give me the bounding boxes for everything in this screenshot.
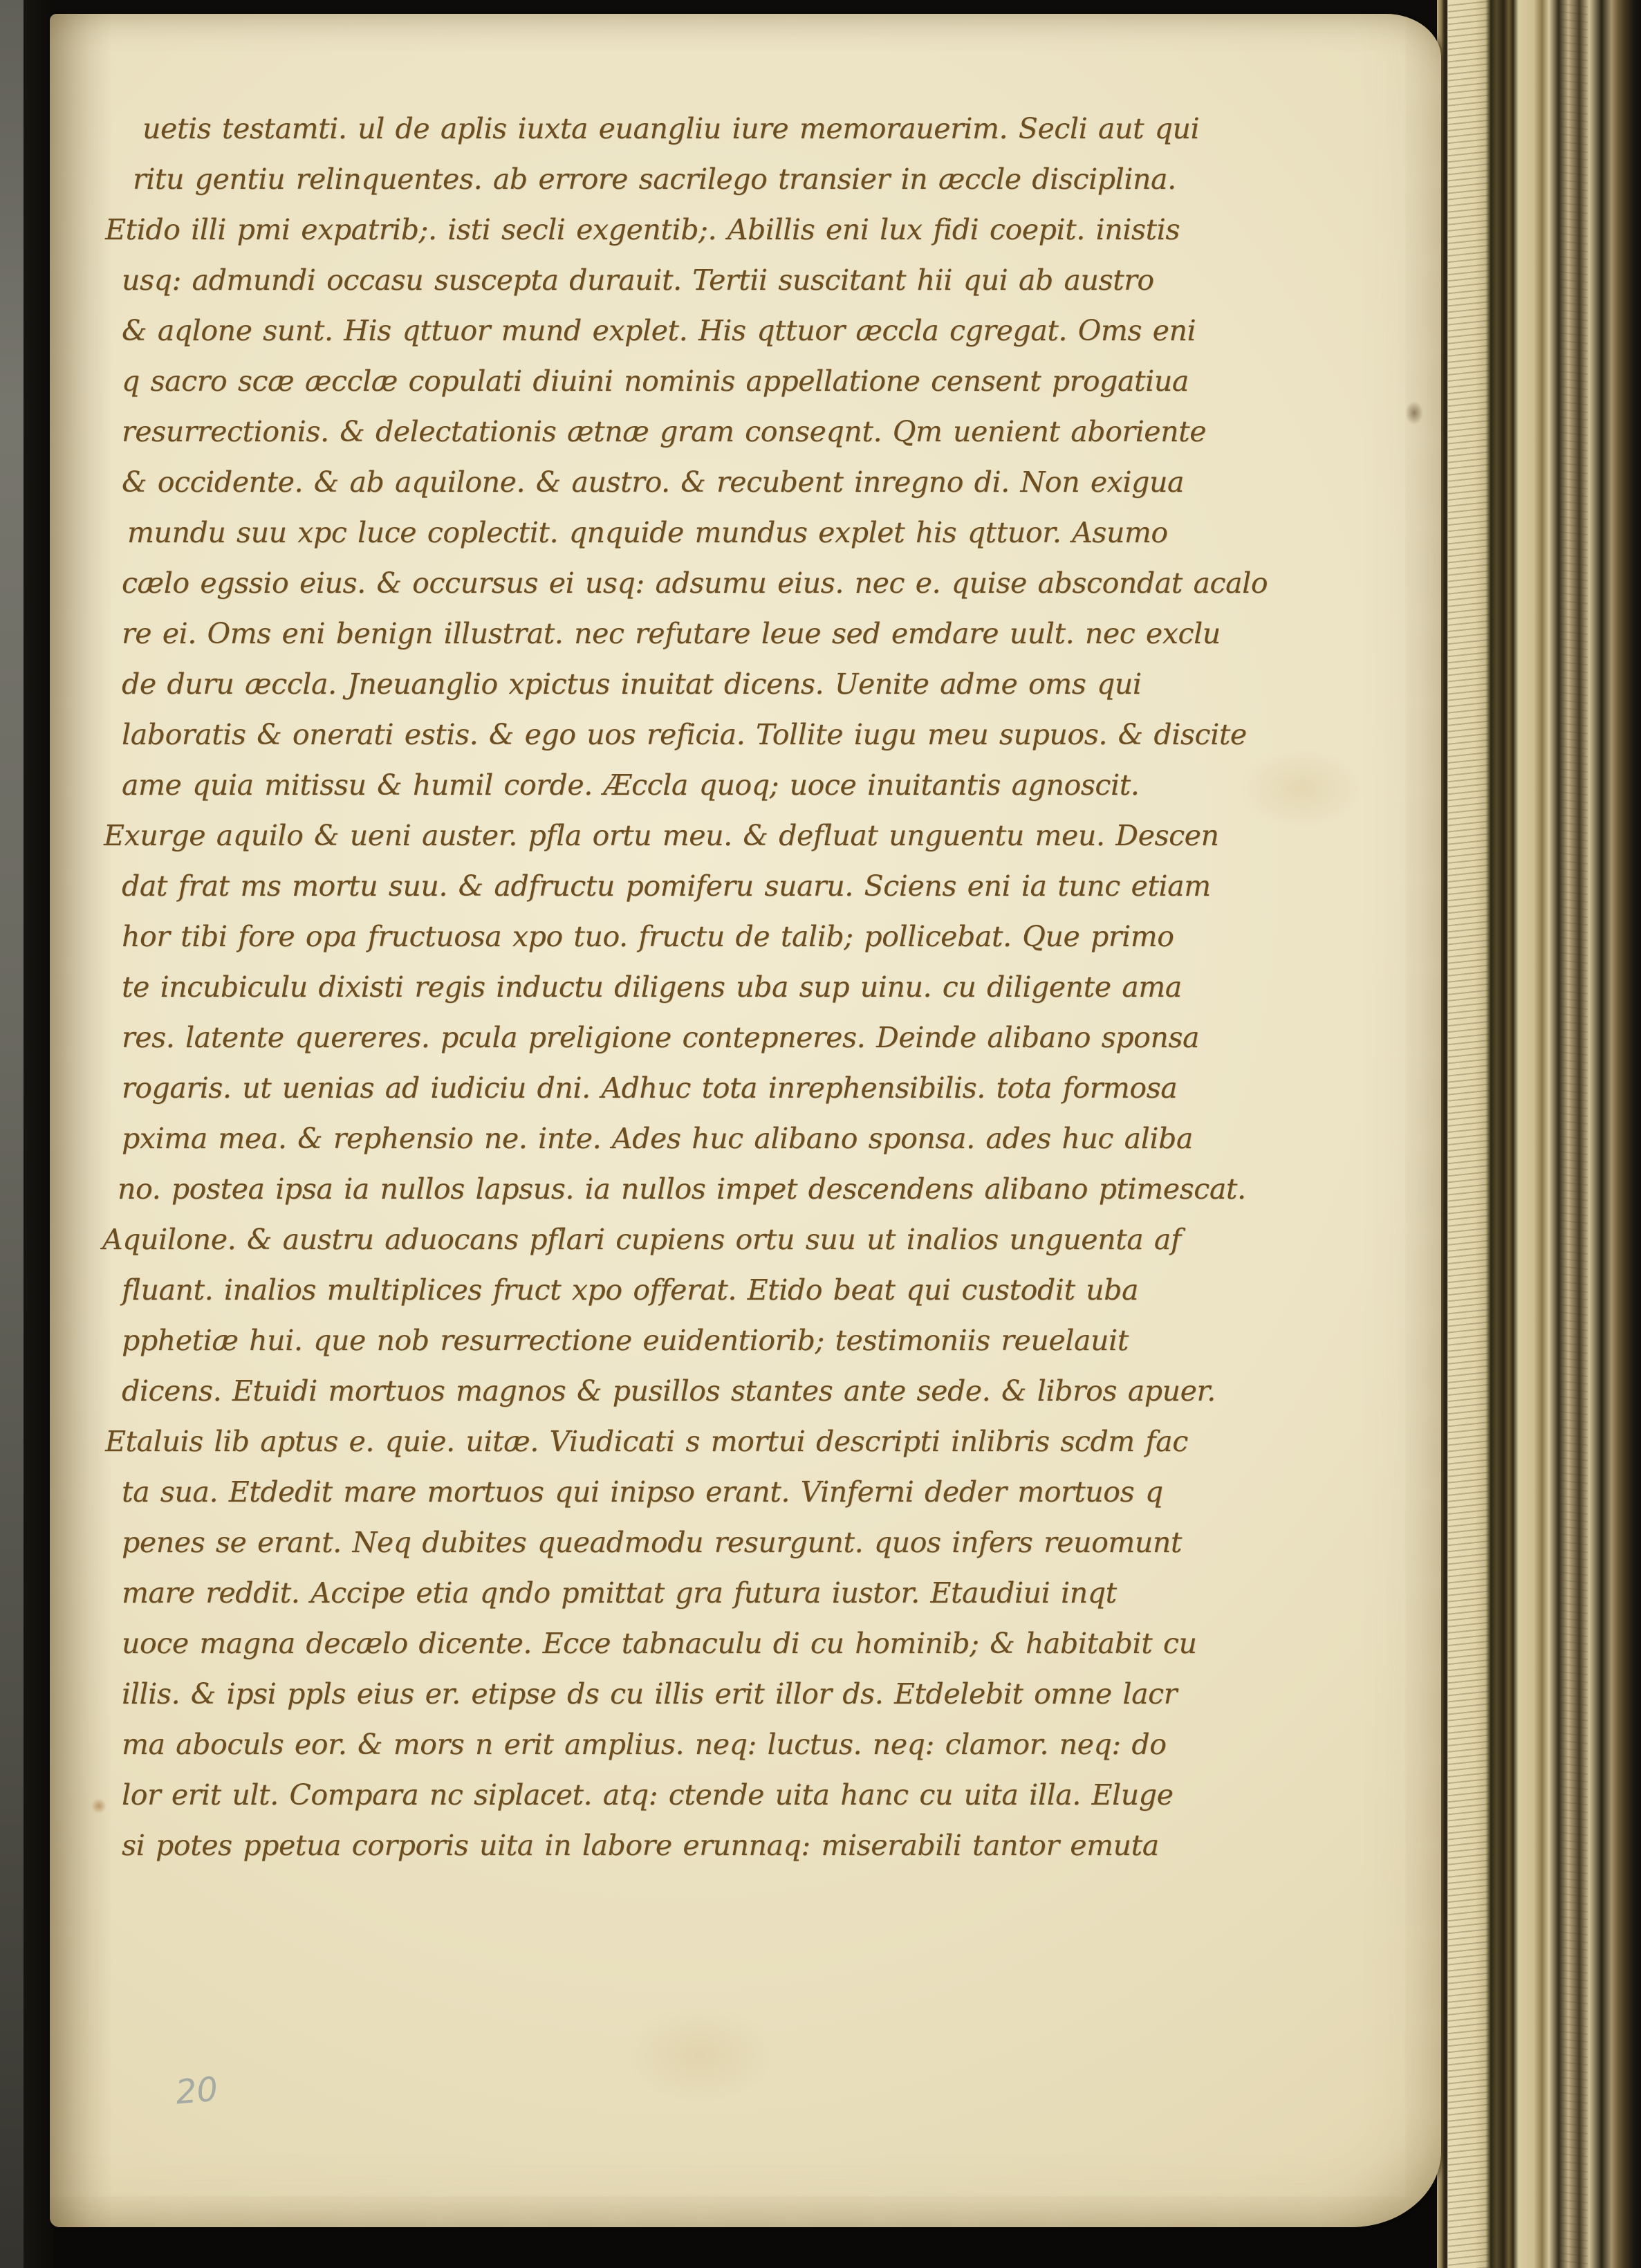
manuscript-line: resurrectionis. & delectationis ætnæ gra…: [122, 407, 1373, 457]
manuscript-line: ma aboculs eor. & mors n erit amplius. n…: [122, 1720, 1373, 1770]
fore-edge-speckle: [1448, 0, 1491, 2268]
manuscript-line: de duru æccla. Jneuanglio xpictus inuita…: [122, 659, 1373, 710]
manuscript-line: uoce magna decælo dicente. Ecce tabnacul…: [122, 1619, 1373, 1669]
manuscript-line: pxima mea. & rephensio ne. inte. Ades hu…: [122, 1114, 1373, 1164]
manuscript-line: dicens. Etuidi mortuos magnos & pusillos…: [122, 1366, 1373, 1417]
gutter-shadow: [50, 14, 112, 2227]
manuscript-line: uetis testamti. ul de aplis iuxta euangl…: [142, 104, 1373, 154]
manuscript-line: rogaris. ut uenias ad iudiciu dni. Adhuc…: [122, 1063, 1373, 1114]
manuscript-line: usq: admundi occasu suscepta durauit. Te…: [122, 255, 1373, 306]
manuscript-line: Aquilone. & austru aduocans pflari cupie…: [102, 1215, 1373, 1265]
manuscript-line: lor erit ult. Compara nc siplacet. atq: …: [122, 1770, 1373, 1820]
manuscript-line: te incubiculu dixisti regis inductu dili…: [122, 962, 1373, 1013]
manuscript-text-block: uetis testamti. ul de aplis iuxta euangl…: [122, 104, 1373, 1871]
manuscript-line: ritu gentiu relinquentes. ab errore sacr…: [133, 154, 1373, 205]
manuscript-line: no. postea ipsa ia nullos lapsus. ia nul…: [118, 1164, 1373, 1215]
manuscript-page: uetis testamti. ul de aplis iuxta euangl…: [50, 14, 1441, 2227]
parchment-stain: [624, 2006, 776, 2103]
manuscript-line: & aqlone sunt. His qttuor mund explet. H…: [122, 306, 1373, 356]
manuscript-line: res. latente quereres. pcula preligione …: [122, 1013, 1373, 1063]
manuscript-line: Exurge aquilo & ueni auster. pfla ortu m…: [104, 811, 1373, 861]
manuscript-line: cælo egssio eius. & occursus ei usq: ads…: [122, 558, 1373, 609]
parchment-stain: [1405, 401, 1423, 425]
manuscript-line: mare reddit. Accipe etia qndo pmittat gr…: [122, 1568, 1373, 1619]
manuscript-line: hor tibi fore opa fructuosa xpo tuo. fru…: [122, 912, 1373, 962]
manuscript-line: Etaluis lib aptus e. quie. uitæ. Viudica…: [105, 1417, 1373, 1467]
fore-edge-speckle-right: [1560, 0, 1588, 2268]
manuscript-line: fluant. inalios multiplices fruct xpo of…: [122, 1265, 1373, 1316]
folio-number-pencil: 20: [174, 2069, 220, 2112]
manuscript-line: penes se erant. Neq dubites queadmodu re…: [122, 1518, 1373, 1568]
manuscript-line: ta sua. Etdedit mare mortuos qui inipso …: [122, 1467, 1373, 1518]
manuscript-line: pphetiæ hui. que nob resurrectione euide…: [122, 1316, 1373, 1366]
manuscript-line: laboratis & onerati estis. & ego uos ref…: [122, 710, 1373, 760]
book-spine-edge: [0, 0, 24, 2268]
parchment-stain: [91, 1798, 106, 1814]
manuscript-line: si potes ppetua corporis uita in labore …: [122, 1820, 1373, 1871]
book-photograph: uetis testamti. ul de aplis iuxta euangl…: [0, 0, 1641, 2268]
manuscript-line: Etido illi pmi expatrib;. isti secli exg…: [105, 205, 1373, 255]
manuscript-line: re ei. Oms eni benign illustrat. nec ref…: [122, 609, 1373, 659]
manuscript-line: q sacro scæ æcclæ copulati diuini nomini…: [122, 356, 1373, 407]
manuscript-line: & occidente. & ab aquilone. & austro. & …: [122, 457, 1373, 508]
manuscript-line: dat frat ms mortu suu. & adfructu pomife…: [122, 861, 1373, 912]
manuscript-line: mundu suu xpc luce coplectit. qnquide mu…: [127, 508, 1373, 558]
manuscript-line: ame quia mitissu & humil corde. Æccla qu…: [122, 760, 1373, 811]
manuscript-line: illis. & ipsi ppls eius er. etipse ds cu…: [122, 1669, 1373, 1720]
